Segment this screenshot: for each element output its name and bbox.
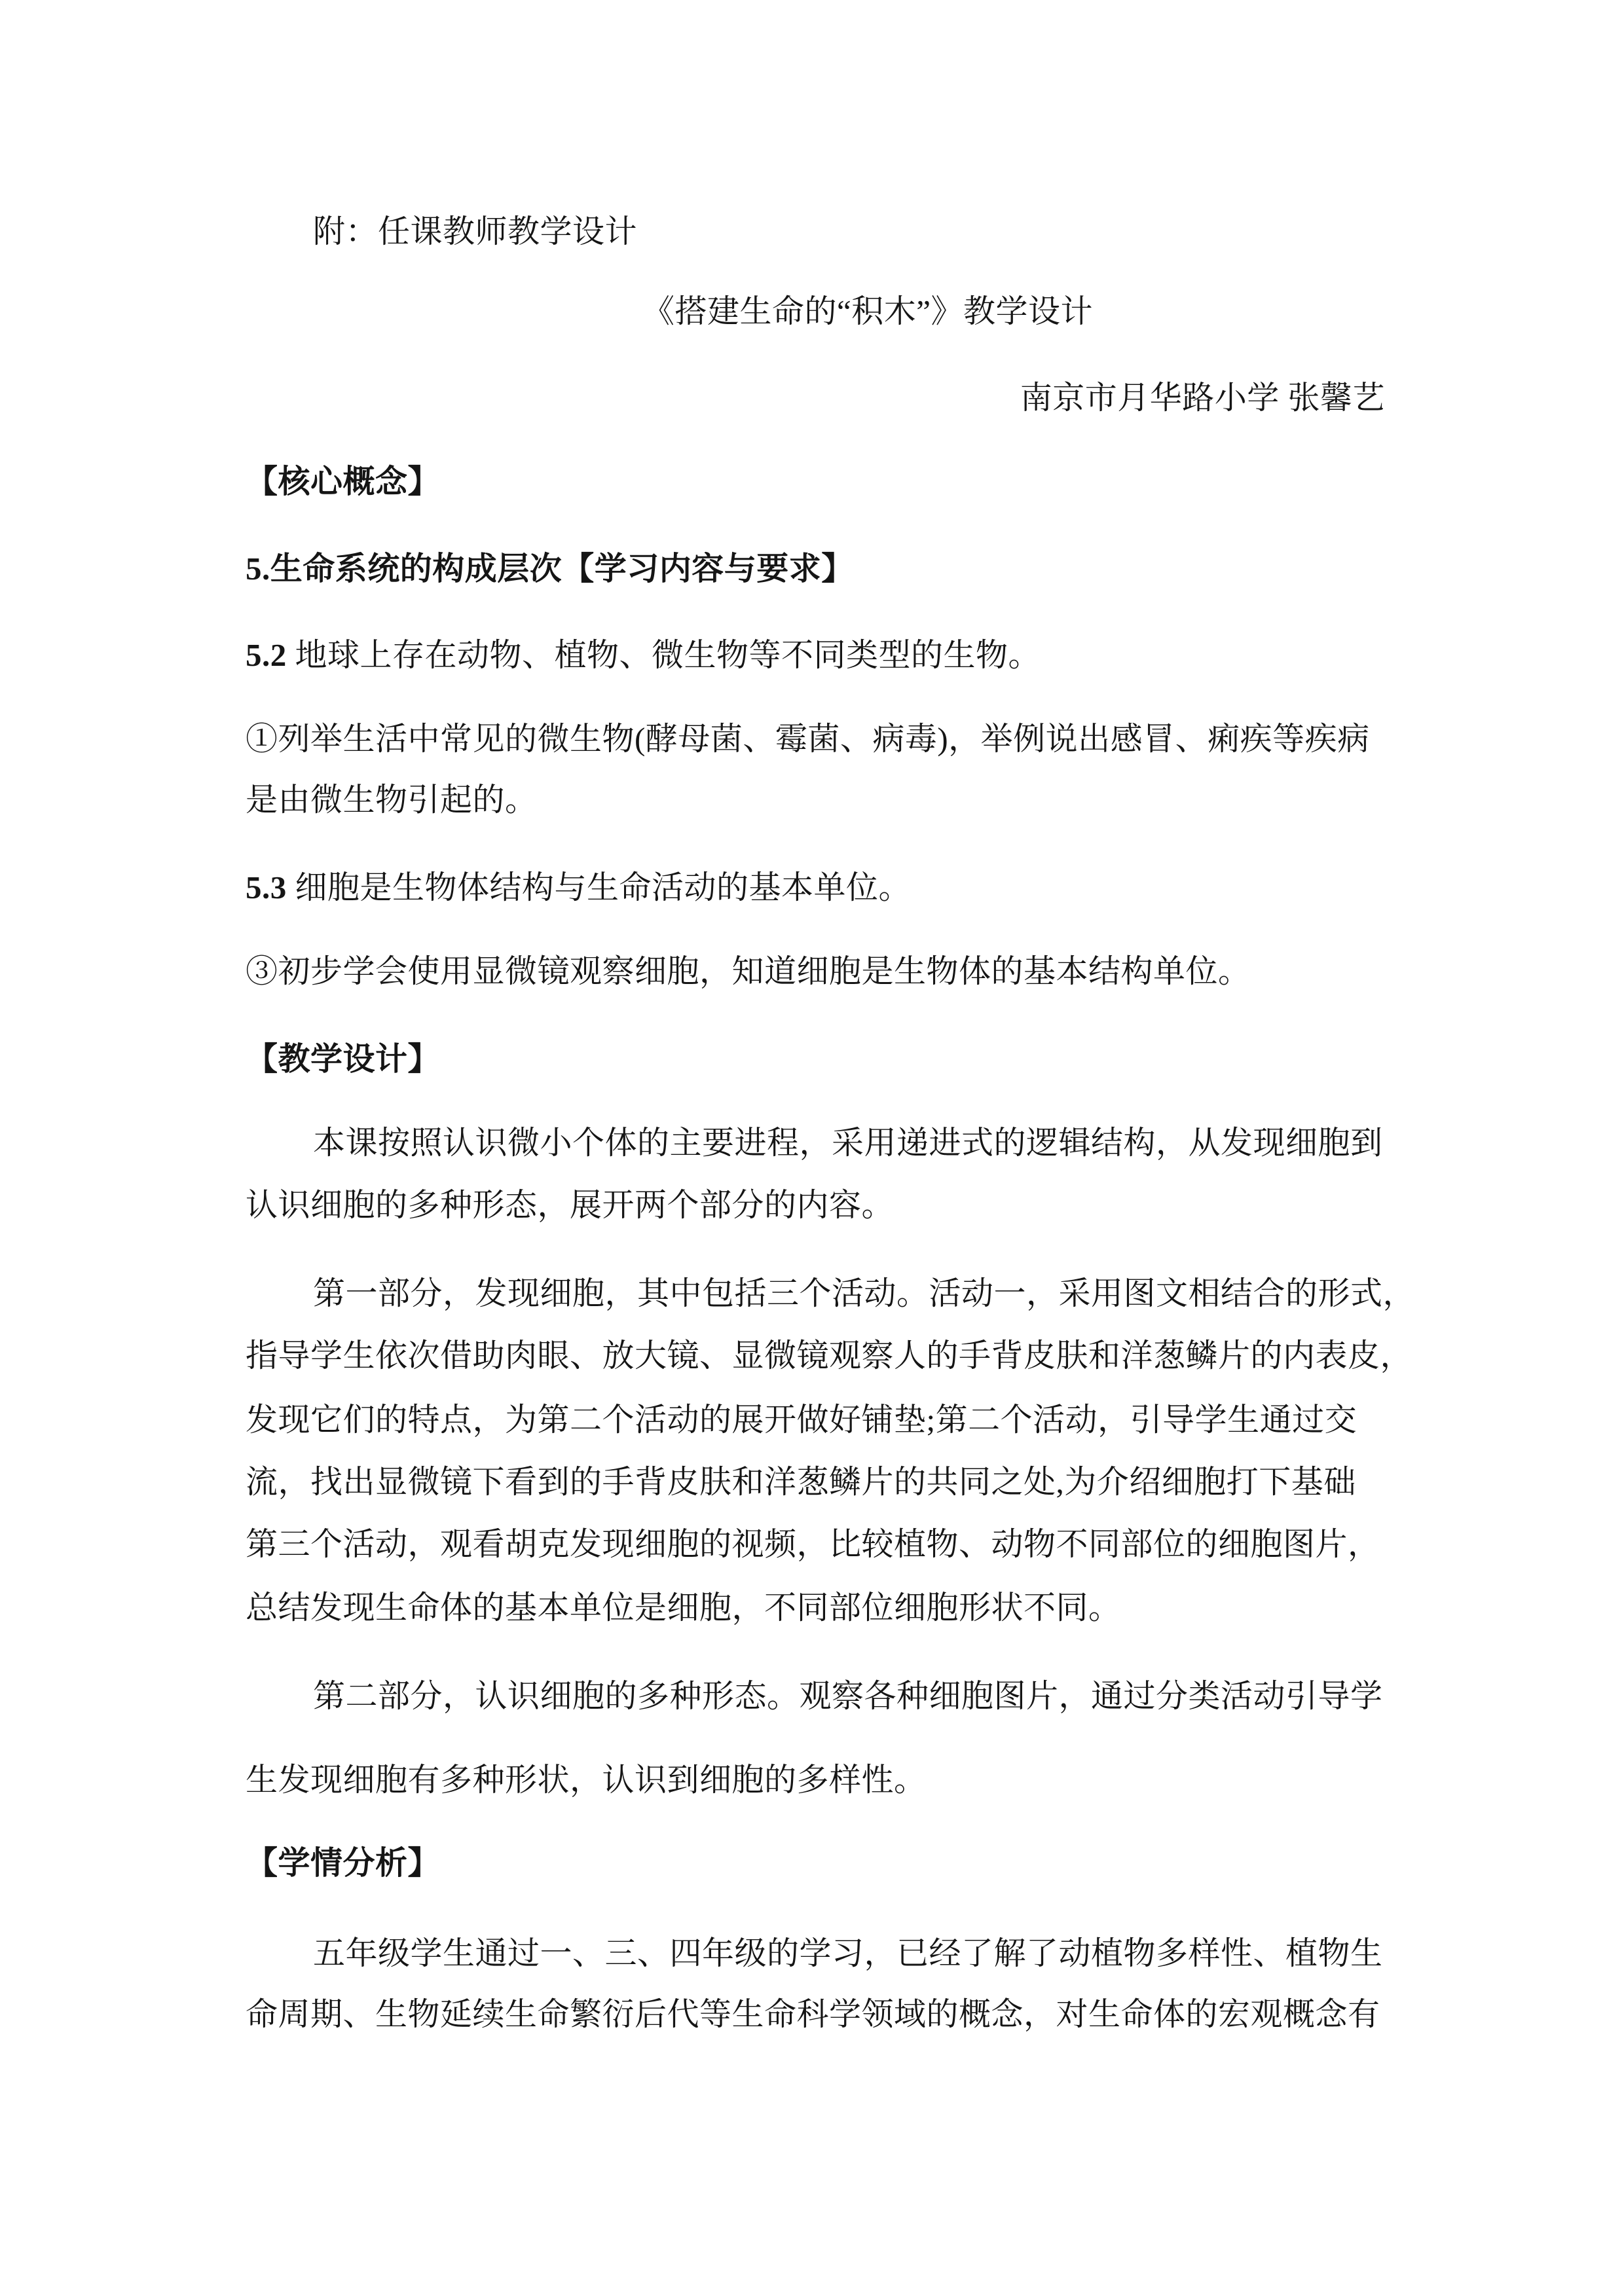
- author-byline: 南京市月华路小学 张馨艺: [249, 381, 1385, 415]
- document-title: 《搭建生命的“积木”》教学设计: [301, 295, 1434, 329]
- teaching-design-para2-line5: 第三个活动，观看胡克发现细胞的视频，比较植物、动物不同部位的细胞图片，: [246, 1527, 1380, 1561]
- teaching-design-para2-line3: 发现它们的特点，为第二个活动的展开做好铺垫;第二个活动，引导学生通过交: [246, 1403, 1357, 1437]
- standard-5-3: 5.3 细胞是生物体结构与生命活动的基本单位。: [246, 871, 911, 905]
- standard-5-2-number: 5.2: [246, 637, 287, 673]
- teaching-design-para1-line2: 认识细胞的多种形态，展开两个部分的内容。: [246, 1188, 894, 1222]
- teaching-design-para3-line1: 第二部分，认识细胞的多种形态。观察各种细胞图片，通过分类活动引导学: [313, 1679, 1383, 1713]
- standard-5-2-note-line2: 是由微生物引起的。: [246, 783, 538, 817]
- core-concept-heading: 【核心概念】: [246, 465, 440, 499]
- concept-number: 5.: [246, 551, 270, 587]
- standard-5-2: 5.2 地球上存在动物、植物、微生物等不同类型的生物。: [246, 638, 1041, 672]
- standard-5-3-note: ③初步学会使用显微镜观察细胞，知道细胞是生物体的基本结构单位。: [246, 955, 1251, 989]
- teaching-design-para1-line1: 本课按照认识微小个体的主要进程，采用递进式的逻辑结构，从发现细胞到: [313, 1126, 1383, 1160]
- standard-5-2-note-line1: ①列举生活中常见的微生物(酵母菌、霉菌、病毒)，举例说出感冒、痢疾等疾病: [246, 722, 1370, 756]
- teaching-design-para2-line4: 流，找出显微镜下看到的手背皮肤和洋葱鳞片的共同之处,为介绍细胞打下基础: [246, 1465, 1356, 1499]
- document-page: 附：任课教师教学设计 《搭建生命的“积木”》教学设计 南京市月华路小学 张馨艺 …: [0, 0, 1624, 2296]
- teaching-design-para2-line6: 总结发现生命体的基本单位是细胞，不同部位细胞形状不同。: [246, 1591, 1121, 1625]
- learner-analysis-para1-line2: 命周期、生物延续生命繁衍后代等生命科学领域的概念，对生命体的宏观概念有: [246, 1997, 1380, 2032]
- teaching-design-para2-line1: 第一部分，发现细胞，其中包括三个活动。活动一，采用图文相结合的形式，: [313, 1277, 1415, 1311]
- attachment-note: 附：任课教师教学设计: [313, 215, 637, 249]
- core-concept-item: 5.生命系统的构成层次【学习内容与要求】: [246, 552, 854, 586]
- concept-text: 生命系统的构成层次【学习内容与要求】: [270, 551, 854, 587]
- teaching-design-para2-line2: 指导学生依次借助肉眼、放大镜、显微镜观察人的手背皮肤和洋葱鳞片的内表皮，: [246, 1339, 1412, 1373]
- standard-5-2-text: 地球上存在动物、植物、微生物等不同类型的生物。: [287, 637, 1041, 673]
- standard-5-3-number: 5.3: [246, 869, 287, 905]
- standard-5-3-text: 细胞是生物体结构与生命活动的基本单位。: [287, 869, 911, 905]
- learner-analysis-para1-line1: 五年级学生通过一、三、四年级的学习，已经了解了动植物多样性、植物生: [313, 1937, 1383, 1971]
- teaching-design-para3-line2: 生发现细胞有多种形状，认识到细胞的多样性。: [246, 1763, 927, 1797]
- teaching-design-heading: 【教学设计】: [246, 1042, 440, 1076]
- learner-analysis-heading: 【学情分析】: [246, 1846, 440, 1880]
